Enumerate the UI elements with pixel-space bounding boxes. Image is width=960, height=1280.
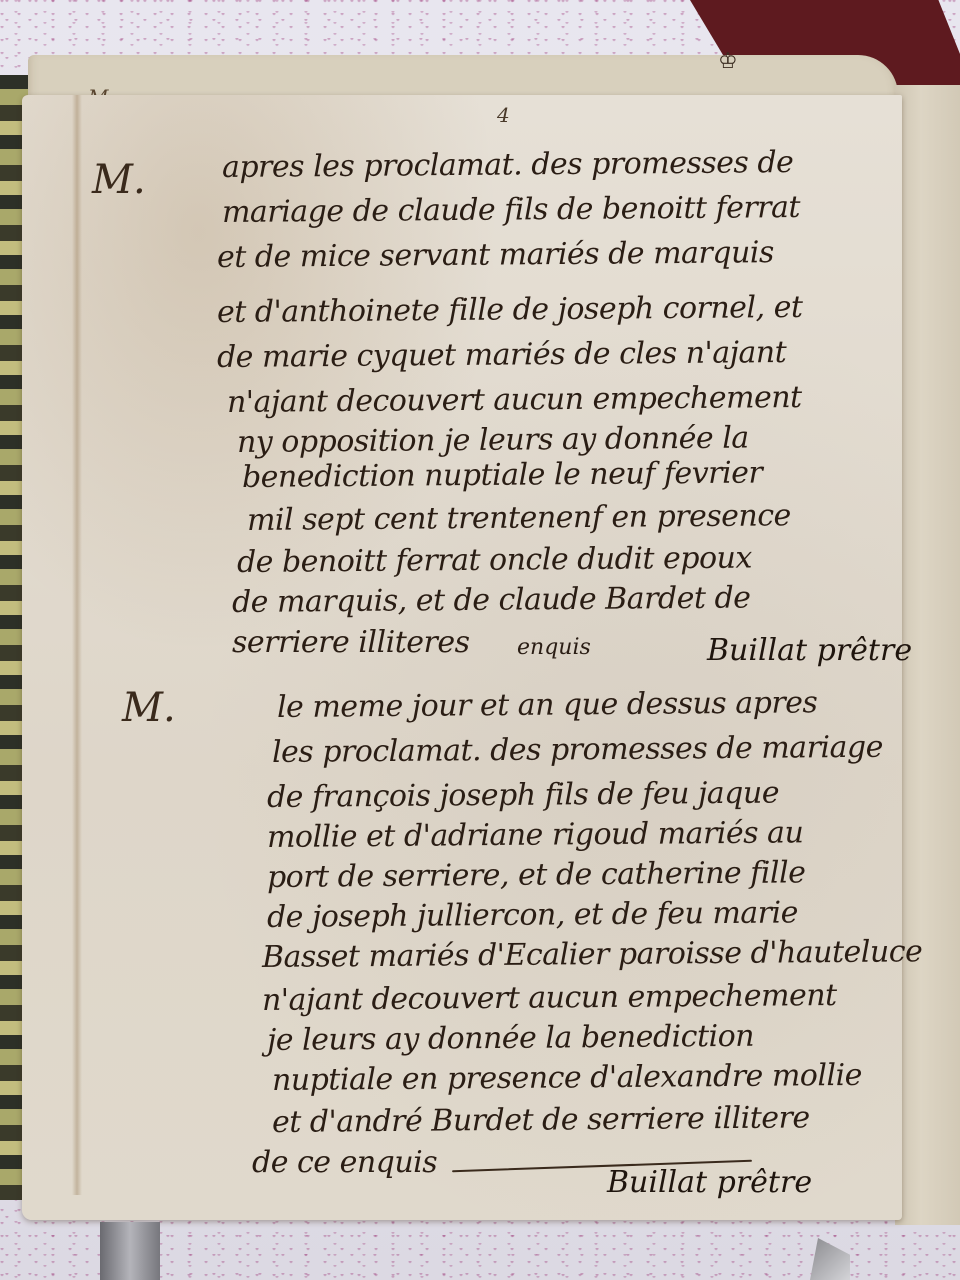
entry-1-line-2: mariage de claude fils de benoitt ferrat xyxy=(222,190,800,230)
entry-2-line-6: de joseph julliercon, et de feu marie xyxy=(267,895,798,935)
page-number: 4 xyxy=(497,103,510,127)
metal-clip-left xyxy=(100,1222,160,1280)
entry-2-line-12: de ce enquis xyxy=(252,1145,437,1180)
register-page: 4 M. apres les proclamat. des promesses … xyxy=(22,95,902,1220)
entry-1-line-8: benediction nuptiale le neuf fevrier xyxy=(242,455,763,495)
entry-1-line-10: de benoitt ferrat oncle dudit epoux xyxy=(237,541,752,580)
water-stain xyxy=(72,95,82,1195)
entry-1-line-11: de marquis, et de claude Bardet de xyxy=(232,580,751,620)
entry-1-line-9: mil sept cent trentenenf en presence xyxy=(247,498,791,538)
entry-1-margin-mark: M. xyxy=(92,157,146,203)
entry-1-priest-signature: Buillat prêtre xyxy=(707,633,912,668)
entry-2-priest-signature: Buillat prêtre xyxy=(607,1165,812,1200)
entry-2-line-8: n'ajant decouvert aucun empechement xyxy=(262,978,837,1018)
entry-2-line-4: mollie et d'adriane rigoud mariés au xyxy=(267,815,804,855)
entry-1-enquis-note: enquis xyxy=(517,635,591,660)
crown-icon: ♔ xyxy=(718,49,738,74)
entry-2-margin-mark: M. xyxy=(122,685,176,731)
entry-2-line-9: je leurs ay donnée la benediction xyxy=(267,1019,754,1058)
entry-1-line-1: apres les proclamat. des promesses de xyxy=(222,145,794,185)
entry-1-line-5: de marie cyquet mariés de cles n'ajant xyxy=(217,335,787,375)
entry-2-line-11: et d'andré Burdet de serriere illitere xyxy=(272,1100,810,1140)
entry-1-line-7: ny opposition je leurs ay donnée la xyxy=(237,421,749,460)
entry-1-line-12: serriere illiteres xyxy=(232,625,470,660)
entry-1-line-6: n'ajant decouvert aucun empechement xyxy=(227,380,802,420)
entry-2-line-5: port de serriere, et de catherine fille xyxy=(267,855,806,895)
entry-2-line-1: le meme jour et an que dessus apres xyxy=(277,685,818,725)
entry-2-line-10: nuptiale en presence d'alexandre mollie xyxy=(272,1058,862,1098)
entry-1-line-4: et d'anthoinete fille de joseph cornel, … xyxy=(217,290,803,330)
entry-2-line-3: de françois joseph fils de feu jaque xyxy=(267,776,779,815)
entry-2-line-2: les proclamat. des promesses de mariage xyxy=(272,730,883,770)
entry-1-line-3: et de mice servant mariés de marquis xyxy=(217,235,774,275)
entry-2-line-7: Basset mariés d'Ecalier paroisse d'haute… xyxy=(262,934,923,975)
